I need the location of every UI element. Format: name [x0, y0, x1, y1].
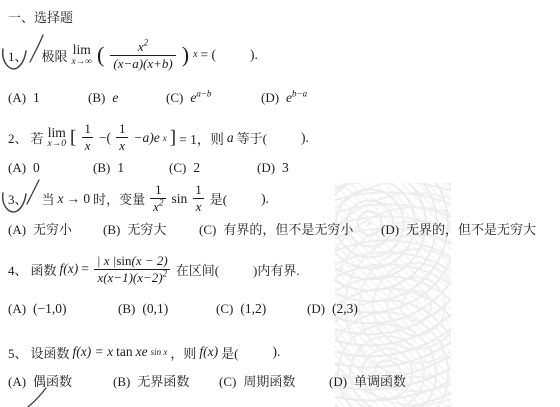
abs-x: | x | [97, 253, 116, 268]
option-value: 偶函数 [33, 374, 72, 389]
option: (C)(1,2) [216, 301, 304, 317]
function-fx: f(x) [60, 261, 79, 277]
option: (D)单调函数 [329, 371, 406, 390]
fraction: 1 x [116, 121, 129, 153]
option: (B)无界函数 [113, 371, 216, 390]
option: (D)eb−a [261, 90, 307, 106]
question-4-stem: 4、 函数 f(x) = | x |sin(x − 2) x(x−1)(x−2)… [8, 247, 300, 291]
question-5-options: (A)偶函数 (B)无界函数 (C)周期函数 (D)单调函数 [8, 371, 406, 390]
fraction-numerator: 1 [192, 182, 205, 198]
option-value: 无穷小 [33, 222, 72, 237]
question-3-stem: 3、 当 x → 0 时，变量 1 x2 sin 1 x 是( ). [8, 182, 269, 215]
question-1-stem: 1、 极限 lim x→∞ ( x2 (x−a)(x+b) )x = ( ). [8, 32, 258, 78]
option-label: (B) [93, 160, 110, 176]
pen-mark-slash-q5 [28, 388, 46, 407]
fraction-denominator: x(x−1)(x−2)2 [94, 269, 170, 286]
denominator-exponent: 2 [159, 198, 164, 208]
question-text: 函数 [31, 260, 57, 279]
option-value: e [112, 90, 118, 105]
option: (B)e [88, 90, 163, 106]
open-bracket: [ [70, 128, 76, 147]
tan-function: tan [116, 344, 133, 360]
fraction-denominator: x [82, 137, 94, 154]
option-label: (A) [8, 374, 26, 390]
option-value: (2,3) [332, 301, 358, 316]
question-ask: 是( [210, 189, 227, 208]
option: (A)1 [8, 90, 85, 106]
question-1-options: (A)1 (B)e (C)ea−b (D)eb−a [8, 90, 307, 106]
option: (C)有界的，但不是无穷小 [199, 219, 378, 238]
question-text: 若 [31, 128, 44, 147]
question-2-options: (A)0 (B)1 (C)2 (D)3 [8, 160, 289, 176]
question-text: 极限 [42, 46, 68, 65]
open-paren: ( [97, 44, 104, 66]
option: (A)(−1,0) [8, 301, 115, 317]
fraction: 1 x [192, 182, 205, 214]
option: (A)无穷小 [8, 219, 100, 238]
option-label: (B) [103, 222, 120, 238]
fraction-denominator: x [116, 137, 128, 154]
option-label: (D) [261, 90, 279, 106]
fraction-denominator: x2 [150, 198, 166, 215]
option: (A)偶函数 [8, 371, 110, 390]
sin-function: sin [171, 191, 187, 207]
fraction-numerator: x2 [135, 39, 151, 55]
denominator-exponent: 2 [163, 268, 168, 278]
option-label: (D) [307, 301, 325, 317]
option-value: 3 [282, 160, 289, 175]
fraction: 1 x [81, 121, 94, 153]
option-value: (1,2) [240, 301, 266, 316]
fraction-numerator: 1 [81, 121, 94, 137]
fraction: | x |sin(x − 2) x(x−1)(x−2)2 [94, 253, 171, 285]
limit-block: lim x→∞ [72, 43, 93, 67]
option-value: 无界函数 [137, 374, 189, 389]
numerator-exponent: 2 [144, 38, 149, 48]
option: (C)ea−b [166, 90, 258, 106]
fraction: 1 x2 [150, 182, 166, 214]
math-tail: −a)e [133, 130, 159, 146]
question-number: 5、 [8, 343, 28, 362]
option-label: (D) [329, 374, 347, 390]
section-title: 一、选择题 [8, 7, 73, 26]
option: (D)3 [257, 160, 289, 176]
option-value: (0,1) [142, 301, 168, 316]
question-ask: 是( [221, 343, 238, 362]
variable-a: a [227, 130, 234, 146]
option-label: (A) [8, 90, 26, 106]
equals-part: = 1，则 [179, 128, 224, 148]
question-ask: 在区间( [176, 260, 219, 279]
arrow-zero: → 0 [67, 191, 91, 207]
option-exponent: b−a [292, 89, 307, 99]
option-value: 周期函数 [243, 374, 295, 389]
minus-open-paren: −( [99, 130, 111, 146]
option-label: (D) [381, 222, 399, 238]
option-label: (A) [8, 301, 26, 317]
option: (C)周期函数 [219, 371, 326, 390]
option-value: 0 [33, 160, 40, 175]
option-value: 无界的，但不是无穷大 [406, 222, 536, 237]
option: (D)无界的，但不是无穷大 [381, 219, 536, 238]
question-5-stem: 5、 设函数 f(x) = x tan xesin x ，则 f(x) 是( )… [8, 341, 280, 363]
option-value: 1 [33, 90, 40, 105]
function-fx: f(x) [199, 344, 218, 360]
function-definition: f(x) = x [73, 344, 114, 360]
question-3-options: (A)无穷小 (B)无穷大 (C)有界的，但不是无穷小 (D)无界的，但不是无穷… [8, 219, 536, 238]
close-bracket: ] [170, 128, 176, 147]
option-exponent: a−b [196, 89, 211, 99]
close-punct: ). [261, 191, 269, 207]
question-text: 当 [42, 189, 55, 208]
question-4-options: (A)(−1,0) (B)(0,1) (C)(1,2) (D)(2,3) [8, 301, 358, 317]
question-text: 时，变量 [93, 189, 145, 208]
function-tail: xe [136, 344, 148, 360]
option: (B)无穷大 [103, 219, 196, 238]
option: (B)(0,1) [118, 301, 213, 317]
option-label: (B) [88, 90, 105, 106]
fraction-numerator: | x |sin(x − 2) [94, 253, 171, 269]
option: (C)2 [169, 160, 254, 176]
equals-sign: = [81, 261, 89, 277]
option-value: 单调函数 [354, 374, 406, 389]
option-value: 1 [117, 160, 124, 175]
option-value: 无穷大 [127, 222, 166, 237]
close-punct: )内有界. [253, 260, 300, 279]
close-punct: ). [250, 47, 258, 63]
fraction-denominator: x [193, 198, 205, 215]
option-label: (A) [8, 222, 26, 238]
limit-block: lim x→0 [48, 126, 66, 150]
fraction-numerator: 1 [116, 121, 129, 137]
question-number: 3、 [8, 189, 28, 208]
question-text: ，则 [170, 343, 196, 362]
fraction-denominator: (x−a)(x+b) [110, 55, 175, 72]
sin-function: sin [116, 253, 131, 268]
question-2-stem: 2、 若 lim x→0 [ 1 x −( 1 x −a)ex ] = 1，则 … [8, 119, 309, 156]
option: (B)1 [93, 160, 166, 176]
question-number: 2、 [8, 128, 28, 147]
exam-page: 一、选择题 1、 极限 lim x→∞ ( x2 (x−a)(x+b) )x =… [0, 0, 560, 407]
option-label: (B) [118, 301, 135, 317]
option-label: (C) [199, 222, 216, 238]
option-label: (C) [216, 301, 233, 317]
close-paren: ) [182, 44, 189, 66]
option-label: (C) [169, 160, 186, 176]
option: (A)0 [8, 160, 90, 176]
option-label: (C) [166, 90, 183, 106]
option-label: (A) [8, 160, 26, 176]
question-text: 设函数 [31, 343, 70, 362]
question-number: 1、 [8, 46, 28, 65]
option-label: (D) [257, 160, 275, 176]
option-value: 2 [193, 160, 200, 175]
option: (D)(2,3) [307, 301, 358, 317]
fraction-numerator: 1 [152, 182, 165, 198]
close-punct: ). [272, 344, 280, 360]
sin-argument: (x − 2) [131, 253, 167, 268]
limit-subscript: x→∞ [72, 58, 93, 68]
option-value: 有界的，但不是无穷小 [223, 222, 353, 237]
option-value: (−1,0) [33, 301, 66, 316]
question-number: 4、 [8, 260, 28, 279]
equals-open: = ( [201, 47, 216, 63]
limit-subscript: x→0 [48, 140, 66, 150]
option-label: (B) [113, 374, 130, 390]
variable-x: x [58, 191, 64, 207]
limit-operator: lim [48, 126, 66, 140]
limit-operator: lim [73, 43, 91, 57]
close-punct: ). [301, 130, 309, 146]
denominator-base: x(x−1)(x−2) [97, 270, 162, 285]
fraction: x2 (x−a)(x+b) [110, 39, 175, 71]
option-label: (C) [219, 374, 236, 390]
question-ask: 等于( [237, 128, 267, 147]
